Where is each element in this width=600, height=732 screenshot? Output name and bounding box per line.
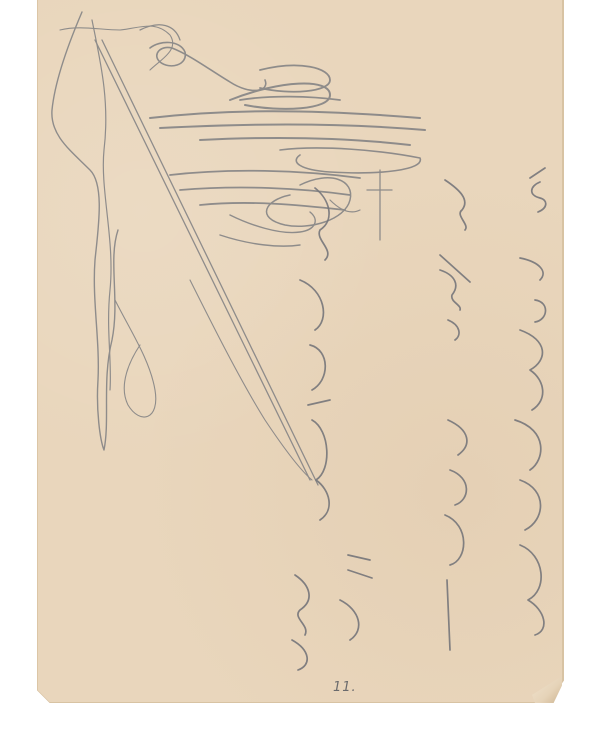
diagonal-lines [95, 40, 318, 485]
page-number: 11. [333, 680, 357, 695]
pencil-sketch [0, 0, 600, 732]
figure-outline [52, 12, 118, 450]
handwriting [292, 168, 546, 670]
